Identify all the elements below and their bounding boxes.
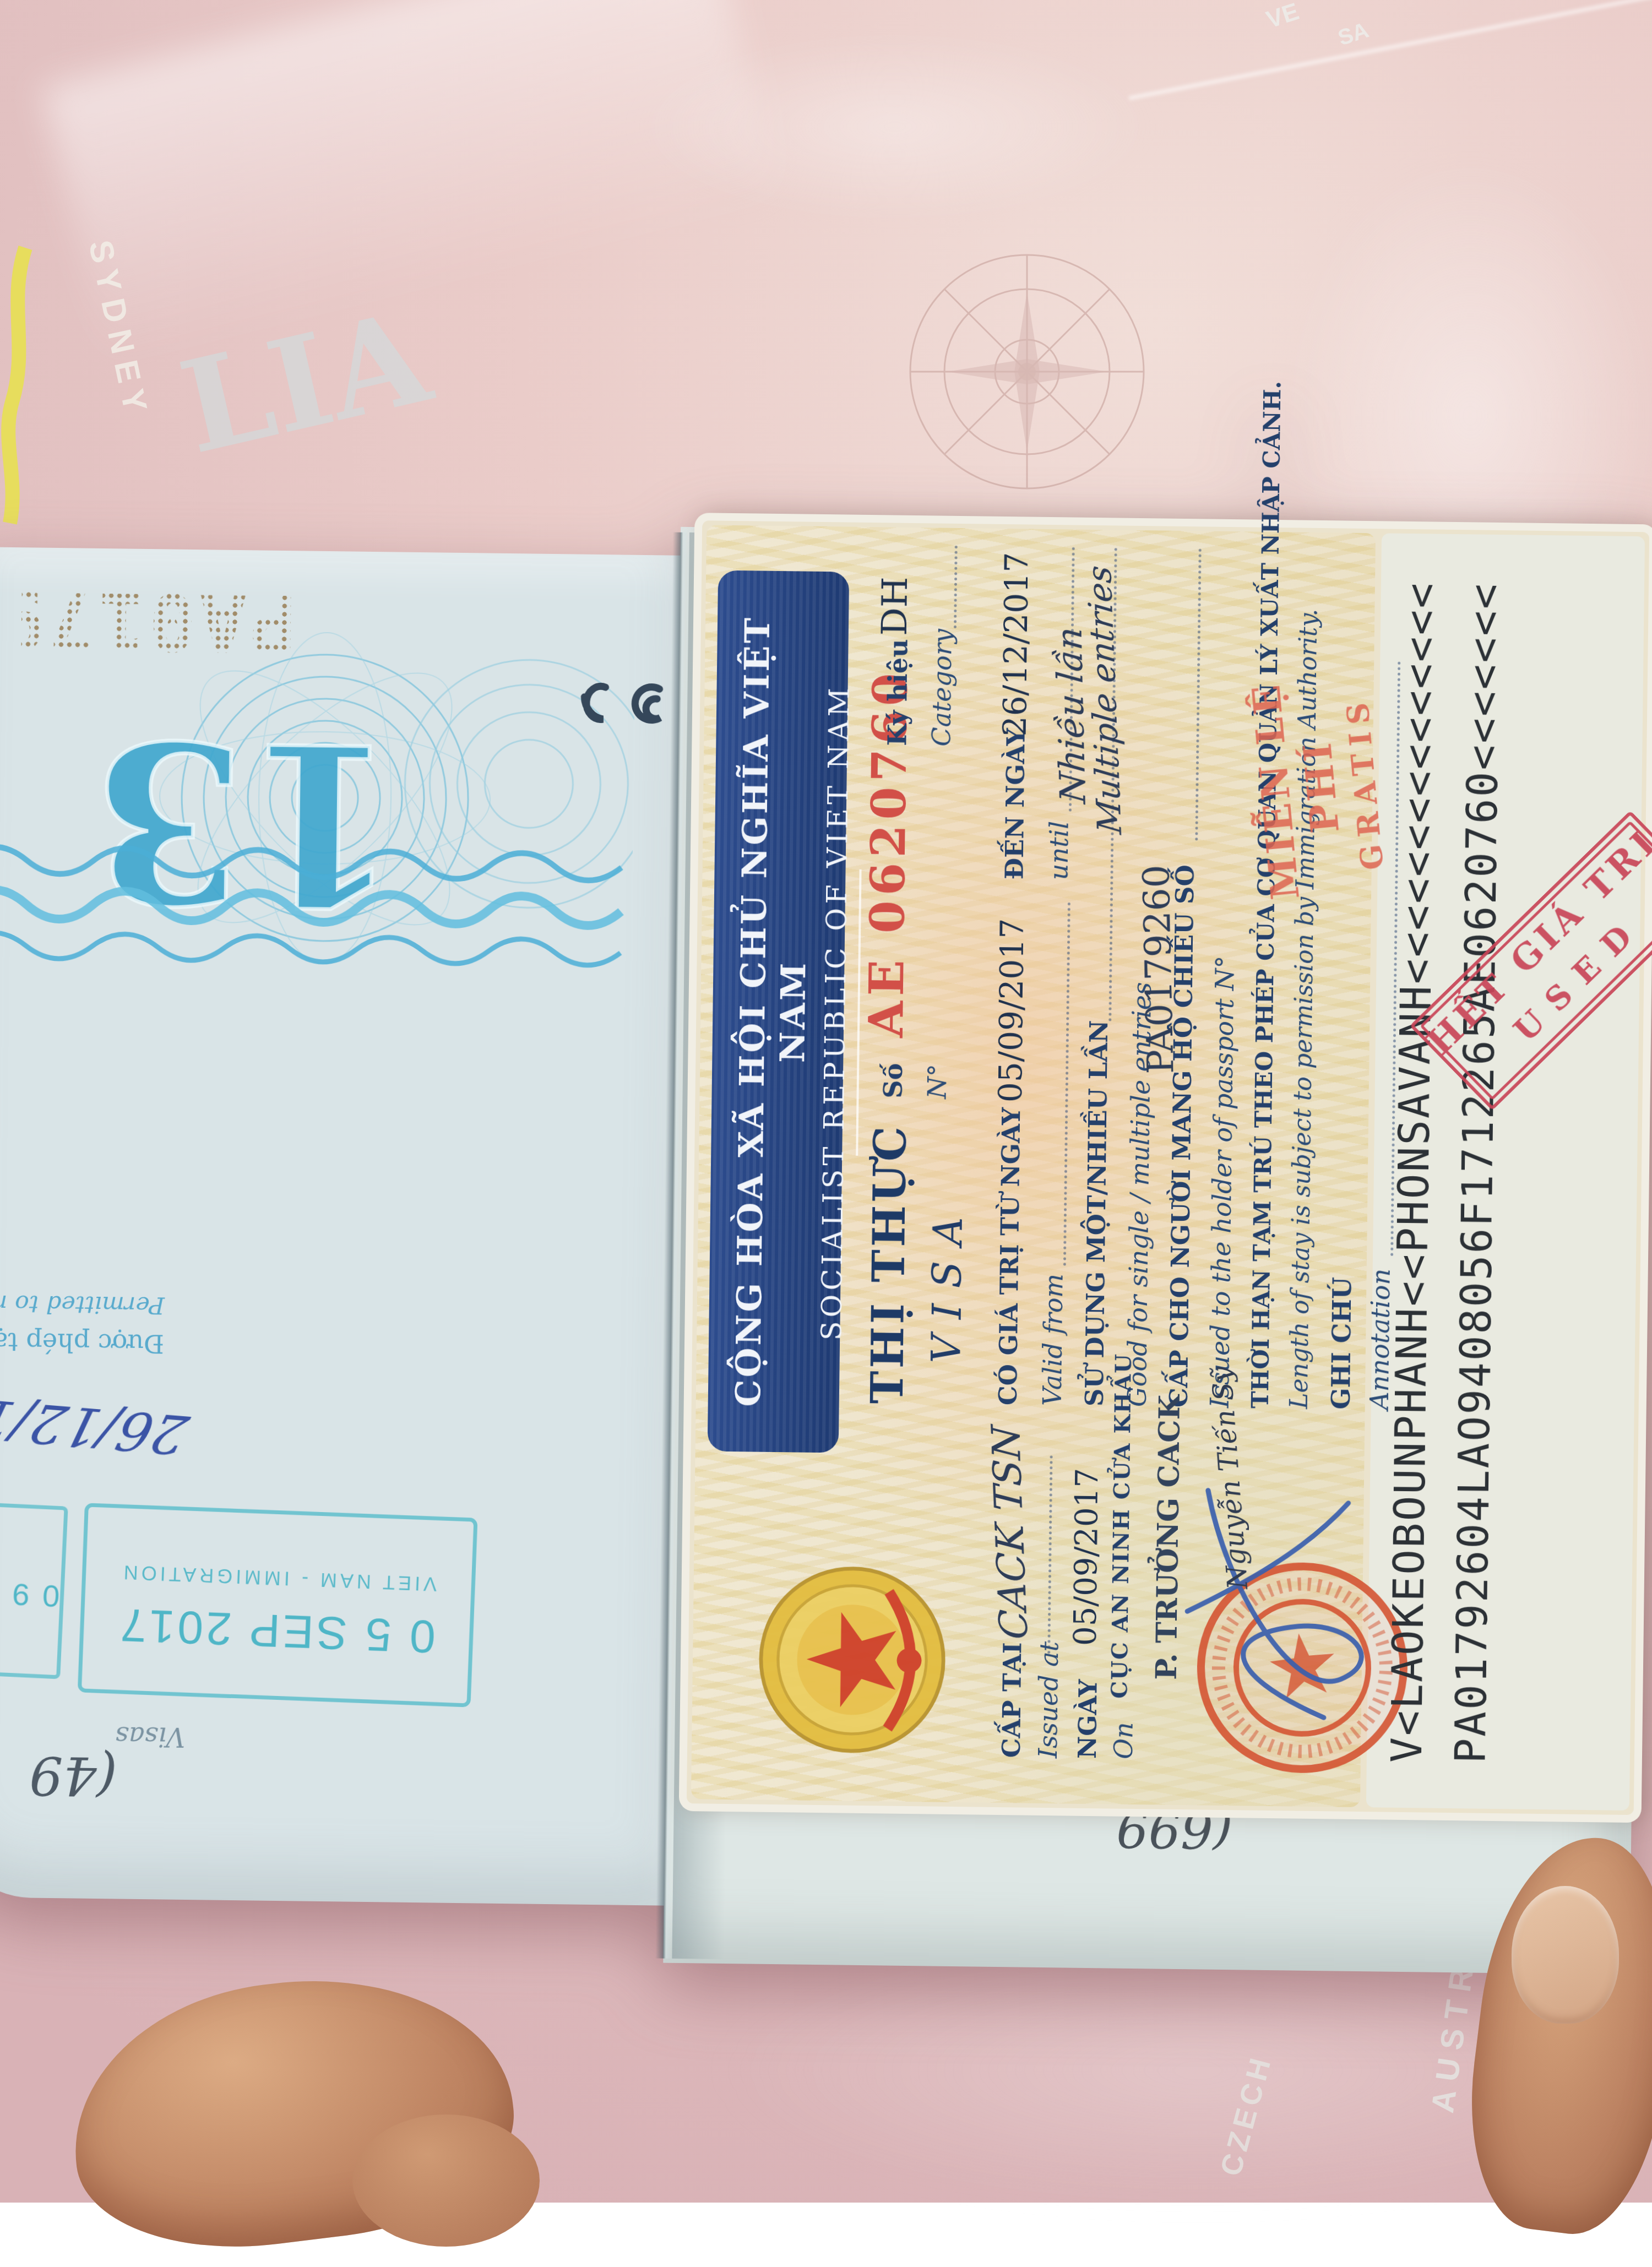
until-label-en: until [1044,821,1074,880]
valid-until-value: 26/12/2017 [996,552,1036,737]
passport-number-handwritten: PA0179260 [1135,865,1182,1075]
signature [1158,1396,1405,1752]
photo-scene: SYDNEY LIA CZECH AUSTRIA VE SA PA0179260 [0,0,1652,2203]
category-value: DH [874,577,916,636]
pencil-note-left: (49 [29,1744,118,1807]
arrival-date-stamp: 0 5 SEP 2017 VIET NAM - IMMIGRATION [78,1503,478,1707]
passport-label-en: Issued to the holder of passport N° [1205,955,1240,1408]
visa-title-vn: THỊ THỰC [861,1123,916,1404]
number-label-vn: Số [878,1063,908,1099]
issued-date-label: NGÀY [1073,1679,1103,1759]
entries-label-vn: SỬ DỤNG MỘT/NHIỀU LẦN [1080,1020,1114,1406]
gratis-stamp: MIỄN LỆ PHÍ GRATIS [1240,638,1395,936]
issued-on-label: On [1108,1722,1139,1759]
category-label-en: Category [926,629,958,747]
visa-sticker: CỘNG HÒA XÃ HỘI CHỦ NGHĨA VIỆT NAM SOCIA… [679,528,1642,1823]
issuing-office: CỤC AN NINH CỬA KHẨU [1106,1353,1137,1699]
number-label-en: N° [922,1064,952,1099]
map-label-sydney: SYDNEY [81,237,156,423]
map-label-czech: CZECH [1214,2051,1279,2179]
plastic-edge-line [1128,0,1652,100]
second-date-stamp: 0 9 FEB [0,1500,68,1679]
issued-date-value: 05/09/2017 [1067,1468,1105,1646]
passport: PA0179260 13 Được phép [0,518,1652,1993]
national-emblem [756,1564,948,1756]
valid-until-label-vn: ĐẾN NGÀY [999,728,1030,879]
category-label-vn: Ký hiệu [882,639,913,746]
lao-script-ink-mark [576,666,676,750]
annotation-label-vn: GHI CHÚ [1326,1277,1357,1410]
arrival-stamp-date: 0 5 SEP 2017 [83,1597,470,1665]
issued-at-label-vn: CẤP TẠI [997,1642,1028,1758]
issued-at-value-handwritten: CACK TSN [983,1425,1037,1641]
visa-content: CỘNG HÒA XÃ HỘI CHỦ NGHĨA VIỆT NAM SOCIA… [679,513,1652,1823]
arrival-stamp-org: VIET NAM - IMMIGRATION [86,1559,472,1597]
header-line1: CỘNG HÒA XÃ HỘI CHỦ NGHĨA VIỆT NAM [708,570,819,1453]
permitted-label-en: Permitted to remain until .......... [0,1287,165,1319]
map-label-ve: VE [1263,0,1302,34]
compass-rose [898,242,1156,501]
valid-label-vn: CÓ GIÁ TRỊ TỪ NGÀY [993,1107,1026,1406]
yellow-route-mark [0,242,66,529]
valid-label-en: Valid from [1037,1274,1069,1406]
map-label-lia: LIA [168,282,442,483]
plastic-glare [633,33,1156,220]
dotted-leader [952,546,958,628]
map-label-sa: SA [1335,18,1372,51]
second-stamp-date: 0 9 FEB [0,1573,61,1614]
handwritten-until-date: 26/12/17 [0,1336,208,1465]
thumb-nail [1512,1886,1619,2024]
visa-title-en: VISA [923,1202,972,1364]
visas-caption-left: Visas [115,1720,186,1752]
valid-from-value: 05/09/2017 [991,918,1031,1102]
visa-header-bar: CỘNG HÒA XÃ HỘI CHỦ NGHĨA VIỆT NAM SOCIA… [708,570,850,1453]
wave-ornament [0,827,638,989]
plastic-glare [42,0,779,365]
issued-at-label-en: Issued at [1033,1641,1064,1759]
